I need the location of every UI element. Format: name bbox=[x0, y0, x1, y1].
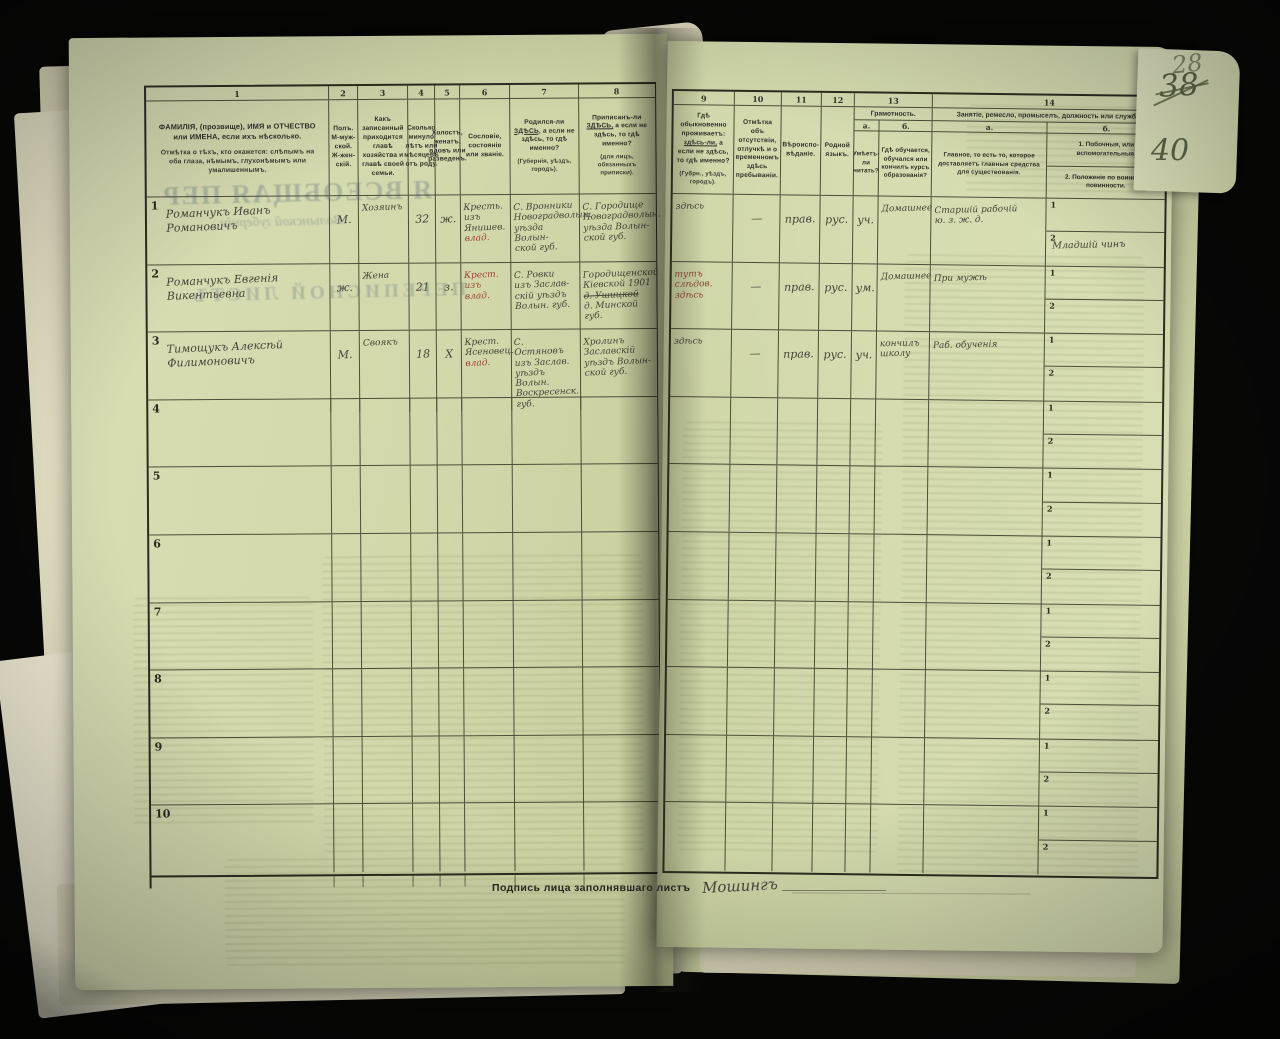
census-row: 5 bbox=[149, 464, 658, 535]
handwritten-entry: Хозяинъ bbox=[362, 197, 406, 214]
table-cell: Домашнее bbox=[877, 264, 931, 331]
table-cell: При мужѣ bbox=[930, 265, 1046, 333]
column-number: 1 bbox=[146, 86, 329, 100]
table-cell: 9 bbox=[151, 737, 334, 805]
header-education: Гдѣ обучается, обучался или кончилъ курс… bbox=[879, 132, 933, 197]
subcell-number: 1 bbox=[1051, 200, 1057, 210]
handwritten-entry: ж. bbox=[333, 265, 356, 294]
table-cell bbox=[923, 805, 1039, 874]
occupation-subcell: 2 bbox=[1038, 841, 1156, 876]
table-cell bbox=[439, 601, 464, 668]
header-marital: Холостъ, женатъ, вдовъ или разведенъ. bbox=[435, 99, 461, 194]
subcell-number: 2 bbox=[1049, 301, 1055, 311]
handwritten-entry: Старшій рабочійю. з. ж. д. bbox=[934, 199, 1043, 227]
handwritten-entry: Крест.Ясеновец.влад. bbox=[464, 331, 508, 369]
table-cell bbox=[871, 737, 925, 804]
handwritten-entry: Домашнее bbox=[881, 266, 927, 282]
handwritten-entry: уч. bbox=[856, 198, 875, 227]
header-text: Родился-ли ЗДѢСЬ, а если не здѣсь, то гд… bbox=[512, 118, 576, 154]
table-cell: 21 bbox=[409, 263, 436, 330]
header-residence: Гдѣ обыкновенно проживаетъ: здѣсь-ли, а … bbox=[673, 105, 735, 194]
table-cell: кончилъшколу bbox=[876, 332, 930, 399]
table-cell bbox=[440, 804, 465, 872]
table-cell bbox=[439, 669, 464, 736]
table-cell bbox=[362, 669, 412, 736]
census-row: 4 bbox=[148, 397, 657, 468]
table-cell bbox=[665, 735, 727, 802]
handwritten-entry: прав. bbox=[782, 332, 816, 361]
table-cell: С. Ровкиизъ Заслав-скій уѣздъВолын. губ. bbox=[511, 262, 580, 329]
table-cell bbox=[926, 603, 1042, 671]
table-body-right: здѣсь—прав.рус.уч.ДомашнееСтаршій рабочі… bbox=[664, 194, 1164, 876]
handwritten-entry: Младшій чинъ bbox=[1046, 231, 1164, 253]
handwritten-entry: При мужѣ bbox=[934, 266, 1042, 284]
handwritten-entry: С. Ровкиизъ Заслав-скій уѣздъВолын. губ. bbox=[514, 263, 578, 312]
table-cell bbox=[437, 398, 462, 465]
table-cell bbox=[924, 738, 1040, 806]
header-estate: Сословіе, состояніе или званіе. bbox=[460, 99, 511, 194]
census-row: 1Романчукъ ИванъРомановичъМ.Хозяинъ32ж.К… bbox=[147, 194, 656, 265]
handwritten-entry: — bbox=[736, 197, 777, 226]
table-cell bbox=[361, 466, 411, 533]
handwritten-entry: Своякъ bbox=[363, 332, 407, 349]
table-cell bbox=[772, 804, 813, 872]
table-body-left: 1Романчукъ ИванъРомановичъМ.Хозяинъ32ж.К… bbox=[147, 194, 661, 873]
table-cell bbox=[332, 466, 361, 533]
table-cell bbox=[514, 600, 583, 667]
table-cell bbox=[730, 398, 778, 465]
signature-underline bbox=[782, 890, 886, 891]
handwritten-entry: 18 bbox=[412, 332, 433, 361]
occupation-subcell: 1 bbox=[1040, 672, 1158, 707]
column-number: 10 bbox=[735, 92, 782, 106]
handwritten-entry: Крест. изъвлад. bbox=[464, 264, 508, 302]
table-cell bbox=[360, 399, 410, 466]
table-cell: прав. bbox=[779, 263, 820, 330]
census-row: 12 bbox=[666, 667, 1159, 741]
table-cell bbox=[363, 804, 413, 872]
header-text: Родной языкъ. bbox=[823, 142, 851, 160]
header-note: (для лицъ, обязанныхъ приписки). bbox=[582, 153, 653, 178]
table-cell: Жена bbox=[359, 263, 409, 330]
row-number: 9 bbox=[155, 740, 163, 753]
subcell-number: 1 bbox=[1050, 267, 1056, 277]
subcell-number: 1 bbox=[1047, 470, 1053, 480]
table-cell: С. ВронникиНовоградволын.уѣзда Волын-ско… bbox=[511, 195, 580, 262]
table-cell bbox=[775, 601, 816, 668]
table-cell bbox=[583, 600, 658, 667]
row-number: 8 bbox=[154, 673, 162, 686]
occupation-subcell: 2Младшій чинъ bbox=[1046, 232, 1164, 267]
handwritten-entry: Романчукъ ИванъРомановичъ bbox=[149, 195, 326, 236]
table-cell bbox=[845, 805, 871, 873]
header-relation: Какъ записанный приходится главѣ хозяйст… bbox=[358, 100, 409, 195]
subcell-number: 2 bbox=[1048, 436, 1054, 446]
occupation-subcell: 2 bbox=[1041, 637, 1159, 672]
header-birthplace: Родился-ли ЗДѢСЬ, а если не здѣсь, то гд… bbox=[510, 99, 580, 194]
column-number: 9 bbox=[674, 91, 735, 105]
table-cell bbox=[463, 533, 513, 600]
handwritten-entry: тутъслѣдов.здѣсь bbox=[674, 263, 729, 300]
column-number: 12 bbox=[822, 93, 855, 106]
occupation-subcell: 1 bbox=[1046, 199, 1164, 234]
table-cell: ГородищенскойКіевской 1901д. Ушицкойд. М… bbox=[580, 262, 655, 329]
table-cell bbox=[413, 804, 440, 872]
column-number: 6 bbox=[460, 85, 510, 98]
occupation-subcell: 1 bbox=[1042, 537, 1160, 572]
header-sex: Полъ. М-муж-ской. Ж-жен-скій. bbox=[329, 100, 359, 195]
table-cell bbox=[814, 669, 848, 736]
table-cell bbox=[815, 601, 849, 668]
handwritten-entry: ж. bbox=[438, 197, 457, 226]
table-cell: рус. bbox=[820, 196, 854, 263]
table-cell bbox=[729, 533, 777, 600]
table-cell bbox=[873, 602, 927, 669]
table-cell: 12 bbox=[1043, 401, 1162, 469]
census-row: 10 bbox=[151, 802, 660, 873]
curled-page-corner: 28 38 40 bbox=[1134, 48, 1241, 193]
subcell-number: 2 bbox=[1047, 503, 1053, 513]
handwritten-entry: здѣсь bbox=[675, 196, 729, 212]
column-number: 8 bbox=[579, 84, 654, 98]
table-cell bbox=[773, 736, 814, 803]
table-cell: уч. bbox=[851, 331, 877, 398]
header-absence: Отмѣтка объ отсутствіи, отлучкѣ и о врем… bbox=[734, 106, 782, 195]
right-page: 9 10 11 12 13 14 Гдѣ обыкновенно прожива… bbox=[656, 41, 1173, 953]
table-cell: 8 bbox=[150, 669, 333, 737]
column-number: 7 bbox=[510, 85, 579, 98]
table-cell: — bbox=[733, 195, 781, 262]
table-cell bbox=[513, 465, 582, 532]
table-cell: уч. bbox=[853, 196, 879, 263]
subcell-number: 1 bbox=[1048, 402, 1054, 412]
table-cell: Кресть.изъ Янишев.влад. bbox=[461, 195, 511, 262]
occupation-subcell: 1 bbox=[1043, 469, 1161, 504]
handwritten-entry: кончилъшколу bbox=[880, 334, 927, 361]
table-cell bbox=[463, 465, 513, 532]
census-row: 12 bbox=[667, 600, 1160, 674]
header-literacy-group: Грамотность. а. б. Умѣетъ-ли читать? Гдѣ… bbox=[854, 107, 933, 196]
table-cell bbox=[725, 803, 773, 871]
census-row: 12 bbox=[669, 464, 1162, 538]
header-text: ФАМИЛІЯ, (прозвище), ИМЯ и ОТЧЕСТВО или … bbox=[154, 121, 320, 142]
column-number: 13 bbox=[855, 93, 933, 107]
table-cell bbox=[584, 735, 659, 802]
table-cell bbox=[925, 670, 1041, 738]
table-cell bbox=[363, 736, 413, 803]
header-text: Отмѣтка объ отсутствіи, отлучкѣ и о врем… bbox=[735, 119, 779, 182]
table-cell: 10 bbox=[151, 805, 334, 874]
table-cell bbox=[848, 602, 874, 669]
occupation-subcell: 2 bbox=[1043, 435, 1161, 470]
table-cell bbox=[928, 468, 1044, 536]
table-cell bbox=[512, 397, 581, 464]
table-cell bbox=[465, 736, 515, 803]
subcell-number: 1 bbox=[1046, 538, 1052, 548]
handwritten-entry: прав. bbox=[783, 197, 817, 226]
column-number: 11 bbox=[782, 92, 822, 105]
table-cell bbox=[728, 600, 776, 667]
census-row: здѣсь—прав.рус.уч.ДомашнееСтаршій рабочі… bbox=[672, 194, 1165, 268]
table-cell bbox=[410, 398, 437, 465]
table-cell bbox=[413, 736, 440, 803]
table-cell bbox=[667, 600, 729, 667]
table-cell bbox=[513, 532, 582, 599]
census-table-left: 1 2 3 4 5 6 7 8 ФАМИЛІЯ, (прозвище), ИМЯ… bbox=[144, 82, 662, 878]
table-cell: 12 bbox=[1044, 334, 1163, 402]
table-cell: здѣсь bbox=[670, 329, 732, 396]
handwritten-entry: — bbox=[735, 332, 776, 361]
table-cell: прав. bbox=[778, 331, 819, 398]
occupation-subcell: 1 bbox=[1040, 739, 1158, 774]
table-cell bbox=[669, 464, 731, 531]
sub-col-label-a: а. bbox=[932, 121, 1047, 132]
table-cell bbox=[817, 399, 851, 466]
table-cell: 12 bbox=[1042, 537, 1161, 605]
subcell-number: 1 bbox=[1049, 335, 1055, 345]
table-cell: Раб. обученія bbox=[929, 332, 1045, 400]
table-cell bbox=[777, 466, 818, 533]
subcell-number: 1 bbox=[1043, 808, 1049, 818]
table-cell: 12 bbox=[1043, 469, 1162, 537]
table-cell bbox=[813, 737, 847, 804]
table-cell bbox=[777, 398, 818, 465]
table-header-left: ФАМИЛІЯ, (прозвище), ИМЯ и ОТЧЕСТВО или … bbox=[146, 98, 656, 198]
table-cell: 1Романчукъ ИванъРомановичъ bbox=[147, 196, 330, 264]
table-cell bbox=[928, 400, 1044, 468]
table-cell bbox=[462, 398, 512, 465]
table-cell: з. bbox=[436, 263, 461, 330]
table-cell: 2Романчукъ ЕвгеніяВикентьевна bbox=[147, 264, 330, 332]
subcell-number: 2 bbox=[1045, 638, 1051, 648]
page-number: 40 bbox=[1151, 133, 1189, 168]
header-note: (Губрн., уѣздъ, городъ). bbox=[675, 170, 731, 187]
header-name: ФАМИЛІЯ, (прозвище), ИМЯ и ОТЧЕСТВО или … bbox=[146, 100, 330, 196]
column-number: 3 bbox=[358, 86, 408, 99]
table-cell bbox=[583, 667, 658, 734]
header-registration: Приписанъ-ли ЗДѢСЬ, а если не здѣсь, то … bbox=[579, 98, 655, 194]
handwritten-entry: М. bbox=[332, 198, 355, 227]
table-cell: 12 bbox=[1045, 266, 1164, 334]
occupation-subcell: 2 bbox=[1044, 367, 1162, 402]
table-cell: — bbox=[731, 330, 779, 397]
table-cell: 12 bbox=[1039, 739, 1158, 807]
table-cell: 12Младшій чинъ bbox=[1046, 199, 1165, 267]
table-cell: ж. bbox=[330, 264, 359, 331]
census-row: 9 bbox=[151, 735, 660, 806]
header-text: Полъ. bbox=[333, 125, 353, 134]
table-cell bbox=[812, 804, 846, 872]
census-row: здѣсь—прав.рус.уч.кончилъшколуРаб. обуче… bbox=[670, 329, 1163, 403]
row-number: 7 bbox=[154, 605, 162, 618]
header-text: Приписанъ-ли ЗДѢСЬ, а если не здѣсь, то … bbox=[581, 114, 652, 150]
handwritten-entry: Х bbox=[439, 332, 458, 361]
row-number: 10 bbox=[155, 808, 170, 821]
table-cell bbox=[726, 735, 774, 802]
table-cell: здѣсь bbox=[672, 194, 734, 261]
header-text: Вѣроиспо-вѣданіе. bbox=[782, 141, 819, 159]
table-cell bbox=[411, 466, 438, 533]
handwritten-signature: Мошингъ bbox=[702, 875, 779, 897]
table-cell bbox=[872, 670, 926, 737]
occupation-subcell: 2 bbox=[1043, 502, 1161, 537]
census-table-right: 9 10 11 12 13 14 Гдѣ обыкновенно прожива… bbox=[662, 89, 1168, 879]
handwritten-entry: ГородищенскойКіевской 1901д. Ушицкойд. М… bbox=[582, 262, 653, 321]
table-cell bbox=[440, 736, 465, 803]
table-cell bbox=[664, 802, 726, 870]
handwritten-entry: М. bbox=[333, 333, 356, 362]
handwritten-entry: рус. bbox=[823, 198, 850, 227]
sub-column-descs: Главное, то есть то, которое доставляетъ… bbox=[932, 132, 1166, 199]
table-cell bbox=[774, 668, 815, 735]
table-cell bbox=[411, 534, 438, 601]
table-cell: Старшій рабочійю. з. ж. д. bbox=[931, 197, 1047, 265]
row-number: 6 bbox=[153, 537, 161, 550]
occupation-subcell: 2 bbox=[1045, 299, 1163, 334]
handwritten-entry: — bbox=[735, 264, 776, 293]
subcell-number: 2 bbox=[1044, 774, 1050, 784]
table-cell: 12 bbox=[1038, 807, 1157, 876]
subcell-number: 1 bbox=[1045, 673, 1051, 683]
header-text: Ж-жен-скій. bbox=[331, 152, 355, 170]
handwritten-entry: Тимощукъ АлексѣйФилимоновичъ bbox=[150, 330, 327, 371]
occupation-subcell: 1 bbox=[1044, 401, 1162, 436]
handwritten-entry: рус. bbox=[822, 265, 849, 294]
header-text: Гдѣ обыкновенно проживаетъ: здѣсь-ли, а … bbox=[675, 112, 732, 166]
header-text: Какъ записанный приходится главѣ хозяйст… bbox=[360, 116, 405, 179]
census-row: 8 bbox=[150, 667, 659, 738]
left-page: 1 2 3 4 5 6 7 8 ФАМИЛІЯ, (прозвище), ИМЯ… bbox=[69, 34, 674, 990]
occupation-subcell: 2 bbox=[1042, 570, 1160, 605]
header-text: М-муж-ской. bbox=[331, 134, 355, 152]
table-cell bbox=[875, 467, 929, 534]
census-row: 12 bbox=[668, 532, 1161, 606]
row-number: 4 bbox=[152, 402, 160, 415]
table-cell bbox=[334, 737, 363, 804]
header-text: Сословіе, состояніе или званіе. bbox=[462, 133, 507, 160]
handwritten-entry: уч. bbox=[854, 333, 873, 362]
header-note: (Губернія, уѣздъ, городъ). bbox=[513, 158, 577, 175]
table-cell bbox=[850, 399, 876, 466]
table-cell: рус. bbox=[818, 331, 852, 398]
table-cell bbox=[847, 669, 873, 736]
handwritten-entry: С. ВронникиНовоградволын.уѣзда Волын-ско… bbox=[513, 196, 577, 255]
table-cell: — bbox=[732, 262, 780, 329]
header-language: Родной языкъ. bbox=[821, 107, 855, 195]
table-cell bbox=[727, 668, 775, 735]
table-cell bbox=[465, 803, 515, 871]
table-cell bbox=[515, 735, 584, 802]
handwritten-entry: ХролинъЗаславскійуѣздъ Волын-ской губ. bbox=[583, 330, 654, 379]
table-cell bbox=[332, 534, 361, 601]
table-cell: 5 bbox=[149, 467, 332, 535]
header-can-read: Умѣетъ-ли читать? bbox=[854, 131, 880, 195]
census-book-photo: { "corner_marks": { "struck_old": "28", … bbox=[0, 0, 1280, 1039]
table-cell bbox=[333, 602, 362, 669]
table-cell bbox=[870, 805, 924, 873]
handwritten-entry: Романчукъ ЕвгеніяВикентьевна bbox=[150, 263, 327, 304]
table-cell bbox=[850, 467, 876, 534]
table-cell: 32 bbox=[409, 196, 436, 263]
subcell-number: 1 bbox=[1044, 740, 1050, 750]
table-cell bbox=[514, 668, 583, 735]
table-cell bbox=[817, 466, 851, 533]
table-cell bbox=[874, 534, 928, 601]
sub-column-descs: Умѣетъ-ли читать? Гдѣ обучается, обучалс… bbox=[854, 131, 932, 196]
handwritten-entry: рус. bbox=[822, 333, 849, 362]
subcell-number: 2 bbox=[1046, 571, 1052, 581]
table-cell bbox=[849, 534, 875, 601]
table-cell: 4 bbox=[148, 399, 331, 467]
handwritten-entry: прав. bbox=[782, 265, 816, 294]
table-cell: 6 bbox=[149, 534, 332, 602]
subcell-number: 2 bbox=[1044, 706, 1050, 716]
header-occupation-group: Занятіе, ремесло, промыселъ, должность и… bbox=[932, 108, 1166, 199]
table-cell bbox=[464, 668, 514, 735]
handwritten-entry: С. ГородищеНовоградволын.уѣзда Волын-ско… bbox=[582, 195, 653, 244]
table-cell: Домашнее bbox=[878, 197, 932, 264]
table-cell: С. ГородищеНовоградволын.уѣзда Волын-ско… bbox=[580, 194, 655, 261]
handwritten-entry: 21 bbox=[412, 265, 433, 294]
table-cell bbox=[515, 803, 584, 871]
table-cell: ж. bbox=[436, 195, 461, 262]
table-cell bbox=[581, 397, 656, 464]
handwritten-entry: Домашнее bbox=[881, 198, 927, 214]
header-group-title: Грамотность. bbox=[855, 107, 932, 121]
sub-col-label-a: а. bbox=[854, 120, 879, 130]
census-row: 12 bbox=[665, 735, 1158, 809]
occupation-subcell: 2 bbox=[1040, 705, 1158, 740]
table-cell bbox=[333, 669, 362, 736]
census-row: тутъслѣдов.здѣсь—прав.рус.ум.ДомашнееПри… bbox=[671, 262, 1164, 336]
table-cell: 12 bbox=[1041, 604, 1160, 672]
table-cell bbox=[927, 535, 1043, 603]
census-row: 7 bbox=[150, 600, 659, 671]
table-cell: рус. bbox=[819, 263, 853, 330]
table-cell bbox=[846, 737, 872, 804]
census-row: 3Тимощукъ АлексѣйФилимоновичъМ.Своякъ18Х… bbox=[148, 329, 657, 400]
table-cell bbox=[582, 464, 657, 531]
sub-col-label-b: б. bbox=[879, 121, 932, 132]
table-cell bbox=[334, 804, 363, 872]
handwritten-entry: Кресть.изъ Янишев.влад. bbox=[463, 196, 508, 244]
table-cell bbox=[464, 601, 514, 668]
table-cell: ум. bbox=[852, 264, 878, 331]
table-cell: 7 bbox=[150, 602, 333, 670]
handwritten-entry: Раб. обученія bbox=[933, 334, 1041, 352]
table-cell bbox=[666, 667, 728, 734]
handwritten-entry: ум. bbox=[855, 266, 874, 295]
occupation-subcell: 1 bbox=[1045, 266, 1163, 301]
table-cell bbox=[331, 399, 360, 466]
header-note: Отмѣтка о тѣхъ, кто окажется: слѣпымъ на… bbox=[154, 147, 320, 176]
header-religion: Вѣроиспо-вѣданіе. bbox=[781, 106, 822, 194]
signature-label: Подпись лица заполнявшаго листъ bbox=[492, 882, 690, 894]
column-number: 2 bbox=[329, 86, 358, 99]
table-cell bbox=[816, 534, 850, 601]
handwritten-entry: Жена bbox=[362, 265, 406, 282]
table-cell bbox=[361, 534, 411, 601]
table-cell: тутъслѣдов.здѣсь bbox=[671, 262, 733, 329]
census-row: 12 bbox=[664, 802, 1157, 876]
occupation-subcell: 1 bbox=[1039, 807, 1157, 842]
census-row: 12 bbox=[669, 397, 1162, 471]
table-cell bbox=[582, 532, 657, 599]
column-number: 4 bbox=[408, 86, 435, 99]
census-row: 2Романчукъ ЕвгеніяВикентьевнаж.Жена21з.К… bbox=[147, 262, 656, 333]
occupation-subcell: 1 bbox=[1045, 334, 1163, 369]
table-cell bbox=[668, 532, 730, 599]
